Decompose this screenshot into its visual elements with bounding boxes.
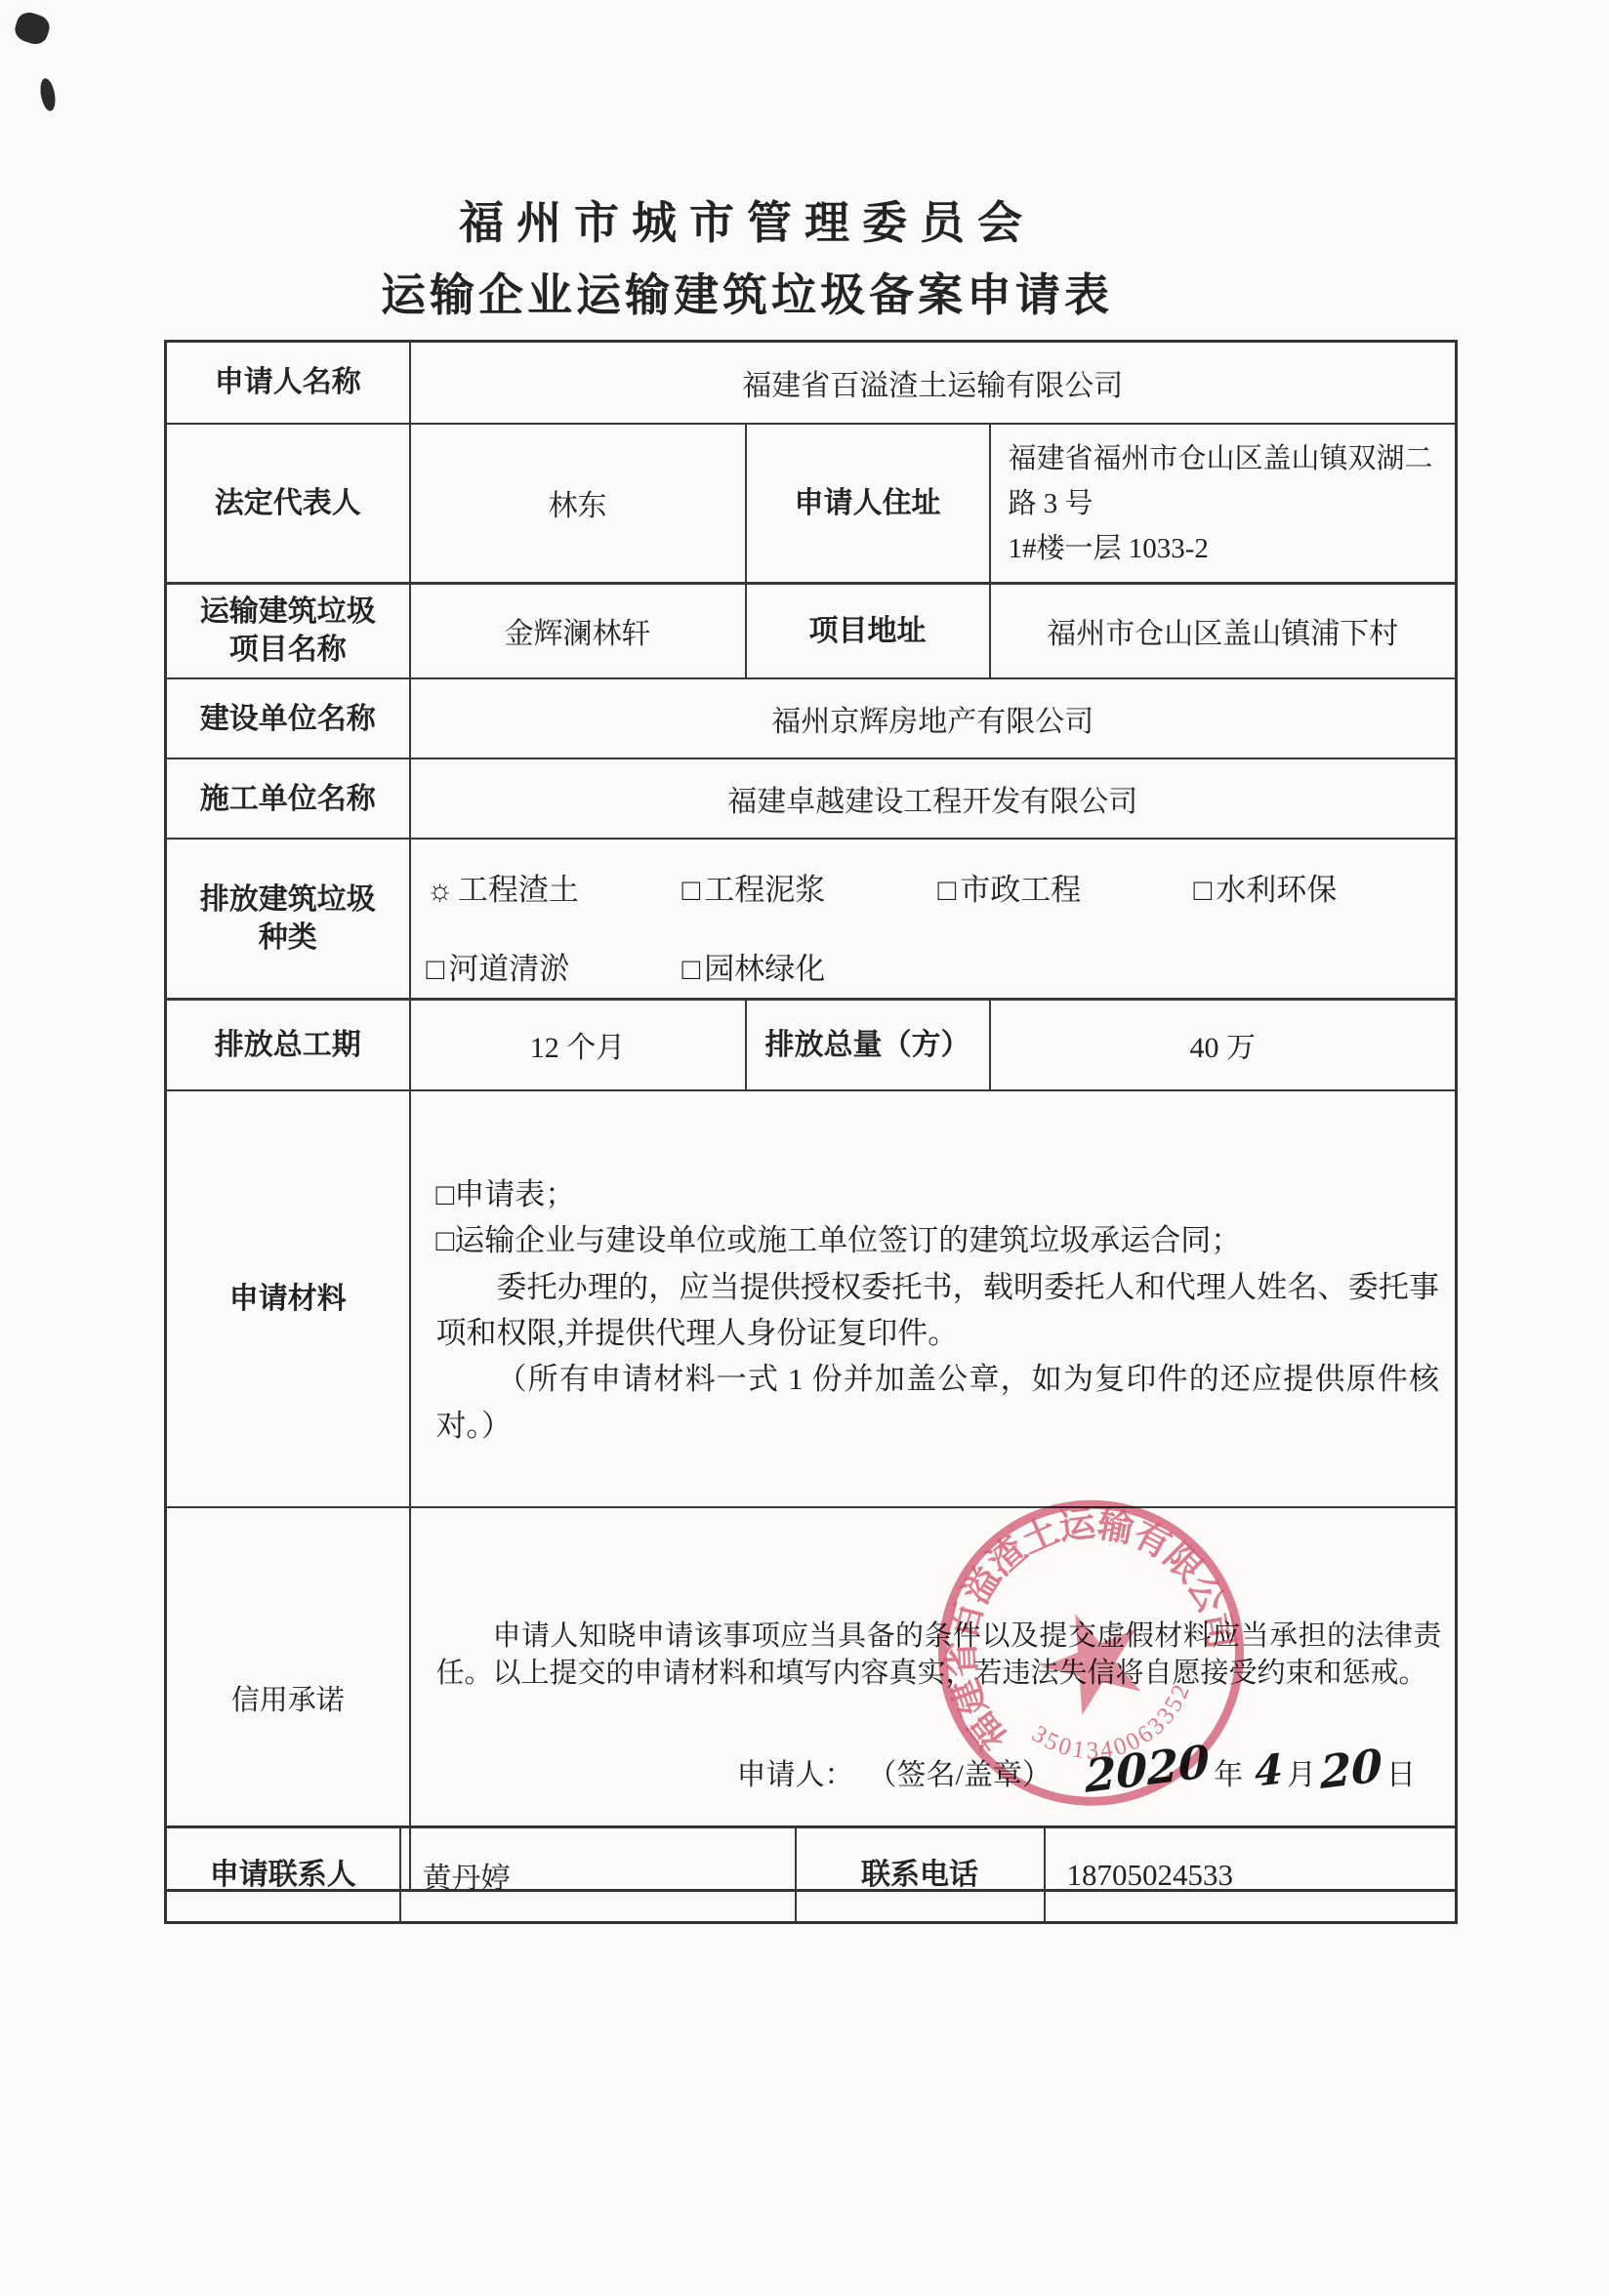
project-name-label-line2: 项目名称	[167, 631, 409, 669]
total-period-label: 排放总工期	[166, 1000, 410, 1090]
row-legal-rep: 法定代表人 林东 申请人住址 福建省福州市仓山区盖山镇双湖二路 3 号 1#楼一…	[166, 424, 1457, 584]
waste-types-label-line2: 种类	[167, 919, 409, 957]
address-line1: 福建省福州市仓山区盖山镇双湖二路 3 号	[1009, 436, 1446, 527]
project-name-value: 金辉澜林轩	[410, 583, 746, 678]
waste-type-label: 工程渣土	[458, 873, 579, 907]
contact-label: 申请联系人	[166, 1827, 400, 1923]
construction-unit-label: 建设单位名称	[166, 678, 410, 758]
empty-checkbox-icon: □	[682, 873, 701, 908]
row-waste-types: 排放建筑垃圾 种类 ☼工程渣土 □工程泥浆 □市政工程 □水利环保 □河道清淤 …	[166, 839, 1457, 1000]
document-title-line1: 福州市城市管理委员会	[459, 187, 1035, 252]
empty-checkbox-icon: □	[1194, 873, 1213, 908]
waste-type-label: 河道清淤	[448, 952, 569, 986]
document-title-line2: 运输企业运输建筑垃圾备案申请表	[381, 260, 1113, 324]
phone-value: 18705024533	[1045, 1827, 1457, 1923]
waste-type-label: 园林绿化	[704, 952, 825, 986]
waste-types-options: ☼工程渣土 □工程泥浆 □市政工程 □水利环保 □河道清淤 □园林绿化	[410, 839, 1457, 1000]
waste-types-label: 排放建筑垃圾 种类	[166, 839, 410, 1000]
total-period-value: 12 个月	[410, 1000, 746, 1090]
address-line2: 1#楼一层 1033-2	[1009, 526, 1446, 571]
total-volume-value: 40 万	[990, 1000, 1457, 1090]
row-contact: 申请联系人 黄丹婷 联系电话 18705024533	[166, 1827, 1457, 1923]
materials-list: □申请表； □运输企业与建设单位或施工单位签订的建筑垃圾承运合同； 委托办理的，…	[410, 1090, 1457, 1507]
month-suffix: 月	[1287, 1759, 1316, 1791]
total-volume-label: 排放总量（方）	[746, 1000, 990, 1090]
row-builder-unit: 施工单位名称 福建卓越建设工程开发有限公司	[166, 758, 1457, 839]
materials-line: （所有申请材料一式 1 份并加盖公章，如为复印件的还应提供原件核对。）	[436, 1356, 1440, 1449]
empty-checkbox-icon: □	[427, 952, 445, 987]
project-address-value: 福州市仓山区盖山镇浦下村	[990, 583, 1457, 678]
handwritten-month: 4	[1255, 1748, 1284, 1793]
applicant-name-label: 申请人名称	[166, 342, 410, 424]
row-totals: 排放总工期 12 个月 排放总量（方） 40 万	[166, 1000, 1457, 1090]
row-project-name: 运输建筑垃圾 项目名称 金辉澜林轩 项目地址 福州市仓山区盖山镇浦下村	[166, 583, 1457, 678]
row-construction-unit: 建设单位名称 福州京辉房地产有限公司	[166, 678, 1457, 758]
waste-type-label: 工程泥浆	[704, 873, 825, 907]
contact-table: 申请联系人 黄丹婷 联系电话 18705024533	[164, 1825, 1458, 1924]
phone-label: 联系电话	[796, 1827, 1045, 1923]
empty-checkbox-icon: □	[938, 873, 957, 908]
builder-unit-label: 施工单位名称	[166, 758, 410, 839]
applicant-address-value: 福建省福州市仓山区盖山镇双湖二路 3 号 1#楼一层 1033-2	[990, 424, 1457, 584]
signature-row: 申请人： （签名/盖章） 2020年 4月20日	[436, 1746, 1442, 1793]
handwritten-day: 20	[1320, 1742, 1382, 1795]
handwritten-year: 2020	[1085, 1739, 1210, 1799]
day-suffix: 日	[1386, 1759, 1416, 1791]
signature-label: 申请人：	[737, 1750, 854, 1793]
waste-type-label: 水利环保	[1216, 873, 1337, 907]
checked-sun-checkbox-icon: ☼	[427, 873, 454, 908]
applicant-address-label: 申请人住址	[746, 424, 990, 584]
legal-rep-label: 法定代表人	[166, 424, 410, 584]
project-name-label: 运输建筑垃圾 项目名称	[166, 583, 410, 678]
builder-unit-value: 福建卓越建设工程开发有限公司	[410, 758, 1457, 839]
waste-type-option: □河道清淤	[427, 944, 679, 988]
project-address-label: 项目地址	[746, 583, 990, 678]
waste-type-option: ☼工程渣土	[427, 865, 679, 909]
contact-value: 黄丹婷	[400, 1827, 796, 1923]
materials-line: □运输企业与建设单位或施工单位签订的建筑垃圾承运合同；	[436, 1217, 1440, 1263]
applicant-name-value: 福建省百溢渣土运输有限公司	[410, 342, 1457, 424]
materials-line: 委托办理的，应当提供授权委托书，载明委托人和代理人姓名、委托事项和权限,并提供代…	[436, 1264, 1440, 1357]
waste-types-label-line1: 排放建筑垃圾	[167, 881, 409, 919]
construction-unit-value: 福州京辉房地产有限公司	[410, 678, 1457, 758]
row-applicant-name: 申请人名称 福建省百溢渣土运输有限公司	[166, 342, 1457, 424]
waste-type-option: □水利环保	[1194, 865, 1338, 909]
signature-hint: （签名/盖章）	[868, 1750, 1052, 1793]
empty-checkbox-icon: □	[682, 952, 701, 987]
materials-label: 申请材料	[166, 1090, 410, 1507]
waste-type-option: □园林绿化	[682, 944, 826, 988]
legal-rep-value: 林东	[410, 424, 746, 584]
row-materials: 申请材料 □申请表； □运输企业与建设单位或施工单位签订的建筑垃圾承运合同； 委…	[166, 1090, 1457, 1507]
materials-line: □申请表；	[436, 1171, 1440, 1217]
waste-type-label: 市政工程	[960, 873, 1081, 907]
scan-artifact	[12, 9, 53, 47]
handwritten-date: 2020年 4月20日	[1081, 1746, 1416, 1793]
waste-types-line1: ☼工程渣土 □工程泥浆 □市政工程 □水利环保	[427, 865, 1450, 909]
credit-statement: 申请人知晓申请该事项应当具备的条件以及提交虚假材料应当承担的法律责任。以上提交的…	[436, 1618, 1442, 1693]
project-name-label-line1: 运输建筑垃圾	[167, 593, 409, 631]
scan-artifact	[38, 77, 58, 112]
scanned-document-page: 福州市城市管理委员会 运输企业运输建筑垃圾备案申请表 申请人名称 福建省百溢渣土…	[0, 0, 1609, 2296]
waste-type-option: □市政工程	[938, 865, 1190, 909]
waste-type-option: □工程泥浆	[682, 865, 934, 909]
application-form-table: 申请人名称 福建省百溢渣土运输有限公司 法定代表人 林东 申请人住址 福建省福州…	[164, 340, 1458, 1892]
year-suffix: 年	[1214, 1759, 1243, 1791]
waste-types-line2: □河道清淤 □园林绿化	[427, 944, 1450, 988]
